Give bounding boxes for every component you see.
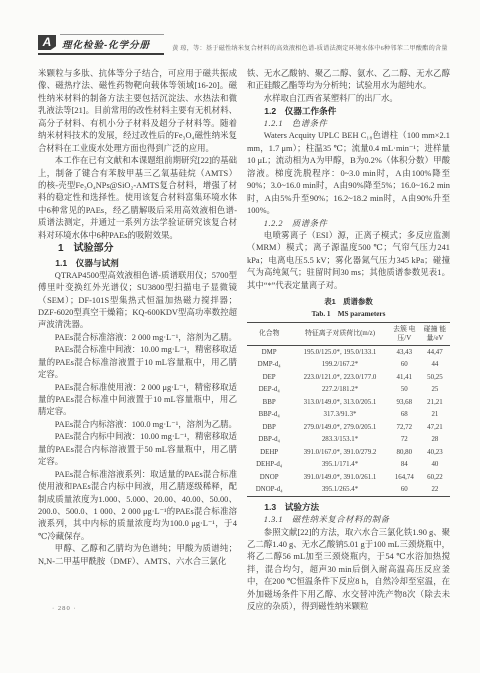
section-1-2-2-title: 1.2.2 质谱条件: [247, 218, 450, 230]
table-row: DEHP-d₄395.1/171.4*8440: [247, 459, 450, 472]
table-row: DEP223.0/121.0*, 223.0/177.041,4150,25: [247, 371, 450, 384]
table-cell: 50: [389, 384, 420, 397]
table-cell: 395.1/265.4*: [291, 484, 388, 497]
table-cell: 93,68: [389, 396, 420, 409]
table-cell: 279.0/149.0*, 279.0/205.1: [291, 421, 388, 434]
para-std-solution: PAEs混合标准溶液：2 000 mg·L⁻¹，溶剂为乙腈。: [38, 332, 237, 344]
table-cell: DMP-d₄: [247, 359, 291, 372]
para-ms-conditions: 电喷雾离子（ESI）源，正离子模式；多反应监测（MRM）模式；离子源温度500 …: [247, 230, 450, 292]
table-cell: 41,41: [389, 371, 420, 384]
table1-caption-en: Tab. 1 MS parameters: [247, 309, 450, 320]
journal-logo-icon: A: [38, 35, 56, 50]
right-column: 铁、无水乙酸钠、聚乙二醇、氨水、乙二醇、无水乙醇和正硅酸乙酯等均为分析纯；试验用…: [247, 68, 450, 614]
table-cell: DEP: [247, 371, 291, 384]
table-cell: 60,22: [420, 471, 450, 484]
table-cell: 21: [420, 409, 450, 422]
table-row: DBP279.0/149.0*, 279.0/205.172,7247,21: [247, 421, 450, 434]
running-head: 黄 琼，等：基于磁性纳米复合材料的高效液相色谱-质谱法测定环境水体中6种邻苯二甲…: [172, 43, 448, 52]
table-cell: 84: [389, 459, 420, 472]
table-cell: BBP-d₄: [247, 409, 291, 422]
table-cell: 44: [420, 359, 450, 372]
paper-page: A 理化检验-化学分册 黄 琼，等：基于磁性纳米复合材料的高效液相色谱-质谱法测…: [0, 0, 480, 673]
table-cell: 80,80: [389, 446, 420, 459]
journal-banner: A 理化检验-化学分册: [38, 34, 164, 55]
table-cell: 72,72: [389, 421, 420, 434]
table-cell: DMP: [247, 346, 291, 359]
table-row: DBP-d₄283.3/153.1*7228: [247, 434, 450, 447]
para-reagents: 甲醇、乙醇和乙腈均为色谱纯；甲酸为质谱纯；N,N-二甲基甲酰胺（DMF）、AMT…: [38, 543, 237, 568]
table-cell: 60: [389, 359, 420, 372]
table-row: DEHP391.0/167.0*, 391.0/279.280,8040,23: [247, 446, 450, 459]
section-1-2-title: 1.2 仪器工作条件: [247, 105, 450, 118]
table-cell: DEHP: [247, 446, 291, 459]
table-cell: 22: [420, 484, 450, 497]
section-1-2-1-title: 1.2.1 色谱条件: [247, 118, 450, 130]
section-1-3-title: 1.3 试验方法: [247, 501, 450, 514]
table-cell: 395.1/171.4*: [291, 459, 388, 472]
table-cell: 60: [389, 484, 420, 497]
table-cell: 227.2/181.2*: [291, 384, 388, 397]
table-header-row: 化合物 特征离子对质荷比(m/z) 去簇 电压/V 碰撞 能量/eV: [247, 322, 450, 346]
table-row: DNOP-d₄395.1/265.4*6022: [247, 484, 450, 497]
table-cell: DNOP-d₄: [247, 484, 291, 497]
table-cell: 40: [420, 459, 450, 472]
table-row: DNOP391.0/149.0*, 391.0/261.1164,7460,22: [247, 471, 450, 484]
col-header-collision-energy: 碰撞 能量/eV: [420, 322, 450, 346]
table-cell: DBP: [247, 421, 291, 434]
para-this-work: 本工作在已有文献和本课题组前期研究[22]的基础上，制备了键合有苯胺甲基三乙氧基…: [38, 155, 237, 242]
page-number: · 280 ·: [52, 605, 77, 612]
para-instruments: QTRAP4500型高效液相色谱-质谱联用仪；5700型傅里叶变换红外光谱仪；S…: [38, 270, 237, 332]
table-cell: 40,23: [420, 446, 450, 459]
para-istd-intermediate: PAEs混合内标中间液：10.00 mg·L⁻¹，精密移取适量的PAEs混合内标…: [38, 431, 237, 468]
table-cell: 68: [389, 409, 420, 422]
para-std-series: PAEs混合标准溶液系列：取适量的PAEs混合标准使用液和PAEs混合内标中间液…: [38, 469, 237, 544]
table-cell: 223.0/121.0*, 223.0/177.0: [291, 371, 388, 384]
table1-caption-zh: 表1 质谱参数: [247, 297, 450, 308]
table-cell: DBP-d₄: [247, 434, 291, 447]
table-cell: 72: [389, 434, 420, 447]
table-row: BBP-d₄317.3/91.3*6821: [247, 409, 450, 422]
table-row: DMP-d₄199.2/167.2*6044: [247, 359, 450, 372]
table-cell: DEHP-d₄: [247, 459, 291, 472]
table-cell: 43,43: [389, 346, 420, 359]
table-cell: 195.0/125.0*, 195.0/133.1: [291, 346, 388, 359]
table-cell: 391.0/167.0*, 391.0/279.2: [291, 446, 388, 459]
ms-table-body: DMP195.0/125.0*, 195.0/133.143,4344,47DM…: [247, 346, 450, 497]
table-cell: DEP-d₄: [247, 384, 291, 397]
table-cell: DNOP: [247, 471, 291, 484]
table-cell: 164,74: [389, 471, 420, 484]
para-reagents-continued: 铁、无水乙酸钠、聚乙二醇、氨水、乙二醇、无水乙醇和正硅酸乙酯等均为分析纯；试验用…: [247, 68, 450, 93]
table-row: DMP195.0/125.0*, 195.0/133.143,4344,47: [247, 346, 450, 359]
table-cell: 313.0/149.0*, 313.0/205.1: [291, 396, 388, 409]
table-cell: 47,21: [420, 421, 450, 434]
left-column: 米颗粒与多肽、抗体等分子结合，可应用于磁共振成像、磁热疗法、磁性药物靶向载体等领…: [38, 68, 237, 614]
table-cell: 199.2/167.2*: [291, 359, 388, 372]
masthead: A 理化检验-化学分册 黄 琼，等：基于磁性纳米复合材料的高效液相色谱-质谱法测…: [38, 34, 450, 55]
para-water-sample: 水样取自江西省某塑料厂的出厂水。: [247, 93, 450, 105]
table-cell: 317.3/91.3*: [291, 409, 388, 422]
table-cell: 28: [420, 434, 450, 447]
table-row: BBP313.0/149.0*, 313.0/205.193,6821,21: [247, 396, 450, 409]
para-magnetic-intro: 米颗粒与多肽、抗体等分子结合，可应用于磁共振成像、磁热疗法、磁性药物靶向载体等领…: [38, 68, 237, 155]
table-cell: 25: [420, 384, 450, 397]
ms-table-head: 化合物 特征离子对质荷比(m/z) 去簇 电压/V 碰撞 能量/eV: [247, 322, 450, 346]
col-header-compound: 化合物: [247, 322, 291, 346]
table-cell: 21,21: [420, 396, 450, 409]
table-cell: BBP: [247, 396, 291, 409]
table-cell: 283.3/153.1*: [291, 434, 388, 447]
para-std-intermediate: PAEs混合标准中间液：10.00 mg·L⁻¹，精密移取适量的PAEs混合标准…: [38, 344, 237, 381]
two-column-body: 米颗粒与多肽、抗体等分子结合，可应用于磁共振成像、磁热疗法、磁性药物靶向载体等领…: [38, 68, 450, 614]
col-header-ion-pair: 特征离子对质荷比(m/z): [291, 322, 388, 346]
para-lc-conditions: Waters Acquity UPLC BEH C₁₈色谱柱（100 mm×2.…: [247, 130, 450, 217]
table-cell: 50,25: [420, 371, 450, 384]
table-cell: 391.0/149.0*, 391.0/261.1: [291, 471, 388, 484]
section-1-title: 1 试验部分: [38, 242, 237, 257]
section-1-3-1-title: 1.3.1 磁性纳米复合材料的制备: [247, 514, 450, 526]
para-std-working: PAEs混合标准使用液：2 000 μg·L⁻¹，精密移取适量的PAEs混合标准…: [38, 382, 237, 419]
col-header-declustering-voltage: 去簇 电压/V: [389, 322, 420, 346]
ms-parameters-table: 化合物 特征离子对质荷比(m/z) 去簇 电压/V 碰撞 能量/eV DMP19…: [247, 322, 450, 498]
journal-name: 理化检验-化学分册: [60, 34, 164, 51]
para-istd-solution: PAEs混合内标溶液：100.0 mg·L⁻¹，溶剂为乙腈。: [38, 419, 237, 431]
section-1-1-title: 1.1 仪器与试剂: [38, 257, 237, 270]
para-synthesis: 参照文献[22]的方法，取六水合三氯化铁1.90 g、聚乙二醇1.40 g、无水…: [247, 527, 450, 614]
table-row: DEP-d₄227.2/181.2*5025: [247, 384, 450, 397]
table-cell: 44,47: [420, 346, 450, 359]
